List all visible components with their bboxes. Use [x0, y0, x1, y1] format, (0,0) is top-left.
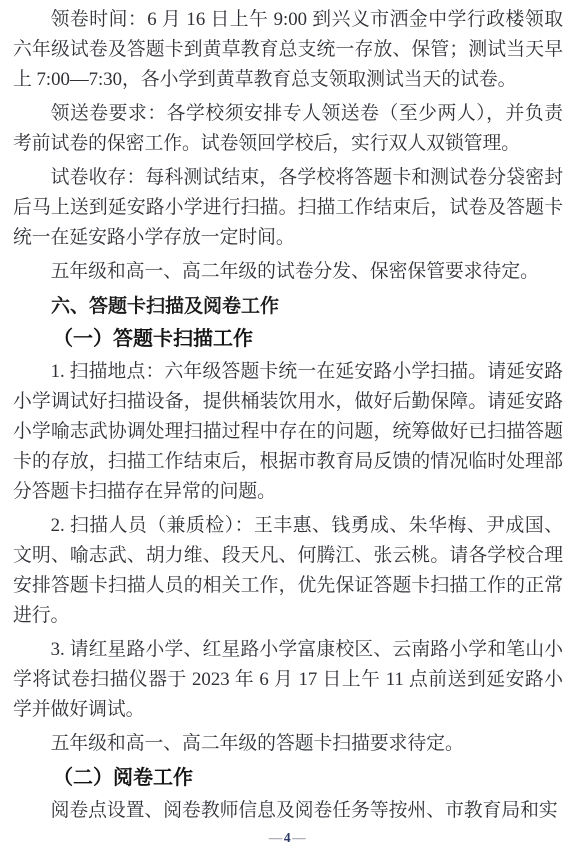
footer-left-dash: —: [269, 830, 284, 845]
paragraph: 领送卷要求：各学校须安排专人领送卷（至少两人），并负责考前试卷的保密工作。试卷领…: [13, 99, 563, 159]
paragraph: 3. 请红星路小学、红星路小学富康校区、云南路小学和笔山小学将试卷扫描仪器于 2…: [13, 635, 563, 725]
paragraph: 1. 扫描地点：六年级答题卡统一在延安路小学扫描。请延安路小学调试好扫描设备，提…: [13, 357, 563, 507]
paragraph: 阅卷点设置、阅卷教师信息及阅卷任务等按州、市教育局和实: [13, 796, 563, 826]
paragraph: 领卷时间：6 月 16 日上午 9:00 到兴义市洒金中学行政楼领取六年级试卷及…: [13, 5, 563, 95]
page-number: 4: [284, 830, 292, 845]
document-content: 领卷时间：6 月 16 日上午 9:00 到兴义市洒金中学行政楼领取六年级试卷及…: [13, 5, 563, 830]
subsection-heading: （二）阅卷工作: [13, 763, 563, 793]
paragraph: 试卷收存：每科测试结束，各学校将答题卡和测试卷分袋密封后马上送到延安路小学进行扫…: [13, 163, 563, 253]
footer-right-dash: —: [292, 830, 307, 845]
subsection-heading: （一）答题卡扫描工作: [13, 324, 563, 354]
page-footer: —4—: [0, 829, 576, 847]
paragraph: 2. 扫描人员（兼质检）：王丰惠、钱勇成、朱华梅、尹成国、文明、喻志武、胡力维、…: [13, 511, 563, 631]
paragraph: 五年级和高一、高二年级的试卷分发、保密保管要求待定。: [13, 257, 563, 287]
paragraph: 五年级和高一、高二年级的答题卡扫描要求待定。: [13, 729, 563, 759]
section-heading: 六、答题卡扫描及阅卷工作: [13, 291, 563, 321]
document-page: 领卷时间：6 月 16 日上午 9:00 到兴义市洒金中学行政楼领取六年级试卷及…: [0, 0, 576, 861]
